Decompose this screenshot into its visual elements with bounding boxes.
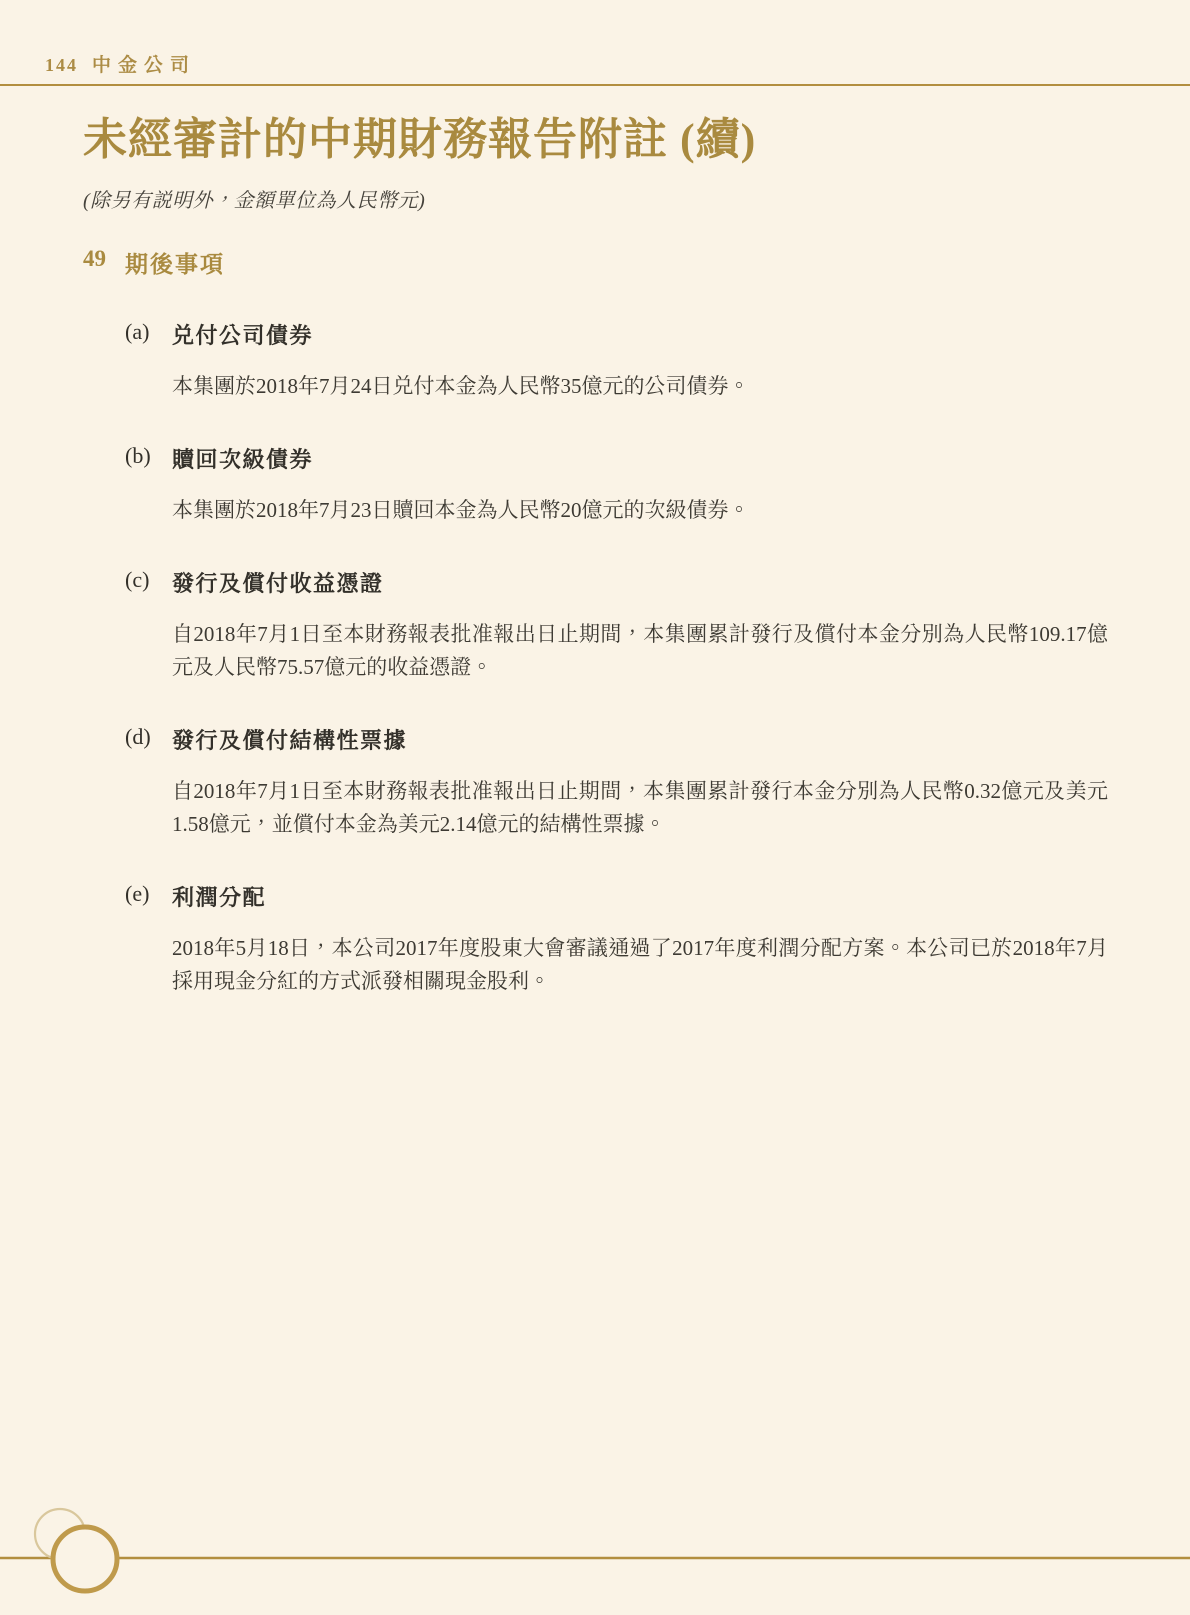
subsection-body: 2018年5月18日，本公司2017年度股東大會審議通過了2017年度利潤分配方…: [172, 932, 1108, 998]
subsection-marker: (e): [125, 881, 172, 998]
subsection-content: 發行及償付收益憑證 自2018年7月1日至本財務報表批准報出日止期間，本集團累計…: [172, 567, 1108, 684]
subsection-content: 利潤分配 2018年5月18日，本公司2017年度股東大會審議通過了2017年度…: [172, 881, 1108, 998]
subsection-body: 自2018年7月1日至本財務報表批准報出日止期間，本集團累計發行及償付本金分別為…: [172, 618, 1108, 684]
subsection-heading: 利潤分配: [172, 881, 1108, 912]
footer-circles-decoration: [0, 1455, 1190, 1615]
subsection-body: 自2018年7月1日至本財務報表批准報出日止期間，本集團累計發行本金分別為人民幣…: [172, 775, 1108, 841]
section-title: 期後事項: [125, 246, 225, 279]
subsection-heading: 贖回次級債券: [172, 443, 1108, 474]
page-header: 144中金公司: [0, 0, 1190, 77]
subsection-c: (c) 發行及償付收益憑證 自2018年7月1日至本財務報表批准報出日止期間，本…: [83, 567, 1108, 684]
subsection-heading: 發行及償付結構性票據: [172, 724, 1108, 755]
document-body: 未經審計的中期財務報告附註 (續) (除另有説明外，金額單位為人民幣元) 49 …: [83, 116, 1108, 998]
subsection-marker: (b): [125, 443, 172, 527]
company-name: 中金公司: [92, 55, 196, 76]
subsection-b: (b) 贖回次級債券 本集團於2018年7月23日贖回本金為人民幣20億元的次級…: [83, 443, 1108, 527]
subsection-content: 發行及償付結構性票據 自2018年7月1日至本財務報表批准報出日止期間，本集團累…: [172, 724, 1108, 841]
subsection-a: (a) 兑付公司債券 本集團於2018年7月24日兑付本金為人民幣35億元的公司…: [83, 319, 1108, 403]
subsection-heading: 發行及償付收益憑證: [172, 567, 1108, 598]
subsection-marker: (a): [125, 319, 172, 403]
subsection-marker: (d): [125, 724, 172, 841]
subsection-marker: (c): [125, 567, 172, 684]
report-page: { "colors": { "background": "#faf3e6", "…: [0, 0, 1190, 1615]
section-number: 49: [83, 246, 125, 279]
subsection-body: 本集團於2018年7月23日贖回本金為人民幣20億元的次級債券。: [172, 494, 1108, 527]
subsection-body: 本集團於2018年7月24日兑付本金為人民幣35億元的公司債券。: [172, 370, 1108, 403]
section-49-heading: 49 期後事項: [83, 246, 1108, 279]
subsection-d: (d) 發行及償付結構性票據 自2018年7月1日至本財務報表批准報出日止期間，…: [83, 724, 1108, 841]
page-number: 144: [45, 55, 78, 75]
subsection-heading: 兑付公司債券: [172, 319, 1108, 350]
currency-note: (除另有説明外，金額單位為人民幣元): [83, 184, 1108, 213]
large-circle: [53, 1527, 117, 1591]
subsection-content: 兑付公司債券 本集團於2018年7月24日兑付本金為人民幣35億元的公司債券。: [172, 319, 1108, 403]
subsection-e: (e) 利潤分配 2018年5月18日，本公司2017年度股東大會審議通過了20…: [83, 881, 1108, 998]
document-title: 未經審計的中期財務報告附註 (續): [83, 116, 1108, 164]
subsection-content: 贖回次級債券 本集團於2018年7月23日贖回本金為人民幣20億元的次級債券。: [172, 443, 1108, 527]
header-rule: [0, 84, 1190, 86]
